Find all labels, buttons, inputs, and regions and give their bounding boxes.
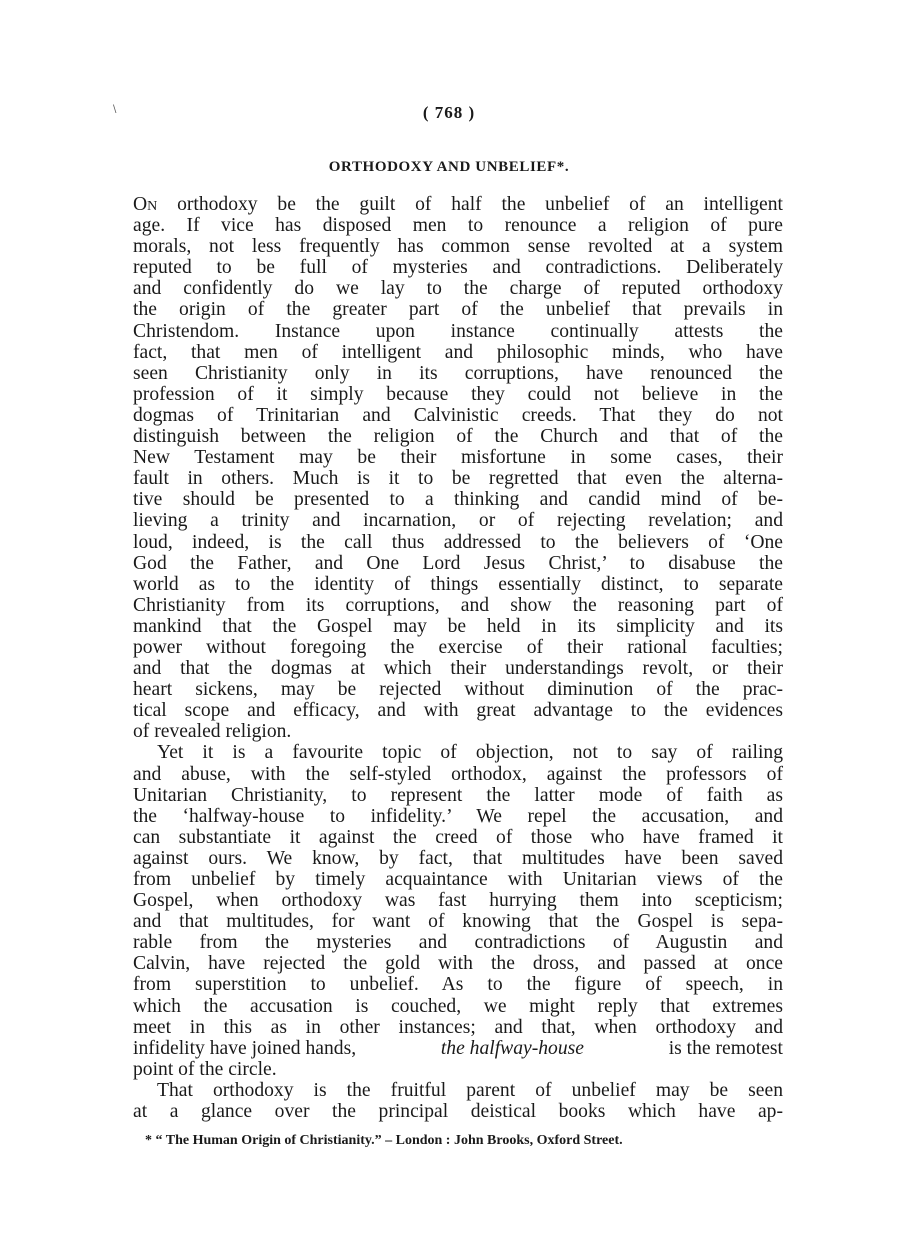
document-page: \ ( 768 ) ORTHODOXY AND UNBELIEF*. On or…	[0, 0, 898, 1259]
text-line: Christendom. Instance upon instance cont…	[133, 321, 783, 342]
text-line: heart sickens, may be rejected without d…	[133, 679, 783, 700]
text-line: meet in this as in other instances; and …	[133, 1017, 783, 1038]
text-line: mankind that the Gospel may be held in i…	[133, 616, 783, 637]
paragraph-1: On orthodoxy be the guilt of half the un…	[133, 194, 783, 742]
text-line: at a glance over the principal deistical…	[133, 1101, 783, 1122]
text-line: That orthodoxy is the fruitful parent of…	[133, 1080, 783, 1101]
text-line: loud, indeed, is the call thus addressed…	[133, 532, 783, 553]
text-line: from superstition to unbelief. As to the…	[133, 974, 783, 995]
page-number-header: ( 768 )	[0, 103, 898, 123]
text-line: fault in others. Much is it to be regret…	[133, 468, 783, 489]
text-line: tical scope and efficacy, and with great…	[133, 700, 783, 721]
text-line: Calvin, have rejected the gold with the …	[133, 953, 783, 974]
text-line: profession of it simply because they cou…	[133, 384, 783, 405]
footnote: * “ The Human Origin of Christianity.” –…	[145, 1133, 785, 1149]
italic-phrase: the halfway-house	[441, 1038, 584, 1059]
article-title: ORTHODOXY AND UNBELIEF*.	[0, 159, 898, 176]
text-line: Yet it is a favourite topic of objection…	[133, 742, 783, 763]
paragraph-3: That orthodoxy is the fruitful parent of…	[133, 1080, 783, 1122]
text-line: On orthodoxy be the guilt of half the un…	[133, 194, 783, 215]
text-line: and that the dogmas at which their under…	[133, 658, 783, 679]
text-line: tive should be presented to a thinking a…	[133, 489, 783, 510]
text-line: morals, not less frequently has common s…	[133, 236, 783, 257]
text-line: against ours. We know, by fact, that mul…	[133, 848, 783, 869]
drop-word: On	[133, 194, 157, 215]
text-line: lieving a trinity and incarnation, or of…	[133, 510, 783, 531]
text-line: God the Father, and One Lord Jesus Chris…	[133, 553, 783, 574]
text-line: New Testament may be their misfortune in…	[133, 447, 783, 468]
text-line: fact, that men of intelligent and philos…	[133, 342, 783, 363]
text-line: of revealed religion.	[133, 721, 783, 742]
text-line: rable from the mysteries and contradicti…	[133, 932, 783, 953]
text-line: point of the circle.	[133, 1059, 783, 1080]
text-line: distinguish between the religion of the …	[133, 426, 783, 447]
paragraph-2: Yet it is a favourite topic of objection…	[133, 742, 783, 1080]
text-line: dogmas of Trinitarian and Calvinistic cr…	[133, 405, 783, 426]
text-line-with-italic: infidelity have joined hands, the halfwa…	[133, 1038, 783, 1059]
text-line: the origin of the greater part of the un…	[133, 299, 783, 320]
text-line: and confidently do we lay to the charge …	[133, 278, 783, 299]
text-line: the ‘halfway-house to infidelity.’ We re…	[133, 806, 783, 827]
text-line: and abuse, with the self-styled orthodox…	[133, 764, 783, 785]
text-line: which the accusation is couched, we migh…	[133, 996, 783, 1017]
text-line: world as to the identity of things essen…	[133, 574, 783, 595]
text-line: reputed to be full of mysteries and cont…	[133, 257, 783, 278]
text-line: age. If vice has disposed men to renounc…	[133, 215, 783, 236]
text-line: and that multitudes, for want of knowing…	[133, 911, 783, 932]
text-line: can substantiate it against the creed of…	[133, 827, 783, 848]
text-line: power without foregoing the exercise of …	[133, 637, 783, 658]
text-line: from unbelief by timely acquaintance wit…	[133, 869, 783, 890]
text-line: Unitarian Christianity, to represent the…	[133, 785, 783, 806]
article-body: On orthodoxy be the guilt of half the un…	[133, 194, 783, 1122]
text-line: seen Christianity only in its corruption…	[133, 363, 783, 384]
text-line: Christianity from its corruptions, and s…	[133, 595, 783, 616]
text-line: Gospel, when orthodoxy was fast hurrying…	[133, 890, 783, 911]
